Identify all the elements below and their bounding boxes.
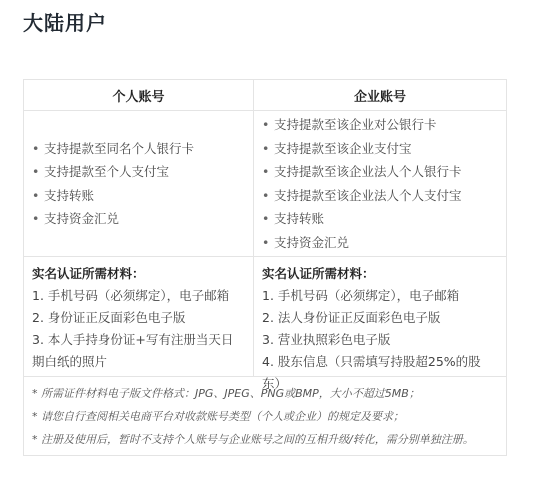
bullet-icon: • [32, 160, 44, 184]
list-item: •支持提款至同名个人银行卡 [32, 137, 253, 161]
bullet-icon: • [32, 207, 44, 231]
account-comparison-table: 个人账号 企业账号 •支持提款至同名个人银行卡 •支持提款至个人支付宝 •支持转… [23, 79, 507, 456]
page-title: 大陆用户 [23, 7, 107, 36]
list-item: •支持转账 [32, 184, 253, 208]
bullet-icon: • [262, 231, 274, 255]
enterprise-requirements: 实名认证所需材料： 1. 手机号码（必须绑定），电子邮箱 2. 法人身份证正反面… [254, 257, 506, 376]
bullet-icon: • [262, 160, 274, 184]
requirement-item: 3. 营业执照彩色电子版 [262, 329, 498, 351]
table-header-row: 个人账号 企业账号 [24, 80, 506, 111]
list-item: •支持资金汇兑 [32, 207, 253, 231]
requirement-item: 3. 本人手持身份证+写有注册当天日期白纸的照片 [32, 329, 245, 373]
bullet-icon: • [262, 113, 274, 137]
list-item: •支持提款至该企业对公银行卡 [262, 113, 506, 137]
column-header-enterprise: 企业账号 [254, 80, 506, 110]
list-item: •支持提款至该企业法人个人银行卡 [262, 160, 506, 184]
list-item: •支持资金汇兑 [262, 231, 506, 255]
note-no-conversion: * 注册及使用后，暂时不支持个人账号与企业账号之间的互相升级/转化，需分别单独注… [32, 428, 498, 451]
bullet-icon: • [32, 184, 44, 208]
list-item: •支持提款至该企业支付宝 [262, 137, 506, 161]
personal-requirements: 实名认证所需材料： 1. 手机号码（必须绑定），电子邮箱 2. 身份证正反面彩色… [24, 257, 254, 376]
requirement-item: 1. 手机号码（必须绑定），电子邮箱 [262, 285, 498, 307]
column-header-personal: 个人账号 [24, 80, 254, 110]
requirements-title: 实名认证所需材料： [262, 263, 498, 285]
personal-features: •支持提款至同名个人银行卡 •支持提款至个人支付宝 •支持转账 •支持资金汇兑 [24, 111, 254, 256]
requirement-item: 1. 手机号码（必须绑定），电子邮箱 [32, 285, 245, 307]
bullet-icon: • [32, 137, 44, 161]
requirement-item: 2. 法人身份证正反面彩色电子版 [262, 307, 498, 329]
list-item: •支持转账 [262, 207, 506, 231]
bullet-icon: • [262, 207, 274, 231]
list-item: •支持提款至个人支付宝 [32, 160, 253, 184]
requirements-title: 实名认证所需材料： [32, 263, 245, 285]
bullet-icon: • [262, 184, 274, 208]
list-item: •支持提款至该企业法人个人支付宝 [262, 184, 506, 208]
requirement-item: 2. 身份证正反面彩色电子版 [32, 307, 245, 329]
bullet-icon: • [262, 137, 274, 161]
requirements-row: 实名认证所需材料： 1. 手机号码（必须绑定），电子邮箱 2. 身份证正反面彩色… [24, 257, 506, 377]
enterprise-features: •支持提款至该企业对公银行卡 •支持提款至该企业支付宝 •支持提款至该企业法人个… [254, 111, 506, 256]
note-platform-rules: * 请您自行查阅相关电商平台对收款账号类型（个人或企业）的规定及要求； [32, 405, 498, 428]
features-row: •支持提款至同名个人银行卡 •支持提款至个人支付宝 •支持转账 •支持资金汇兑 … [24, 111, 506, 257]
